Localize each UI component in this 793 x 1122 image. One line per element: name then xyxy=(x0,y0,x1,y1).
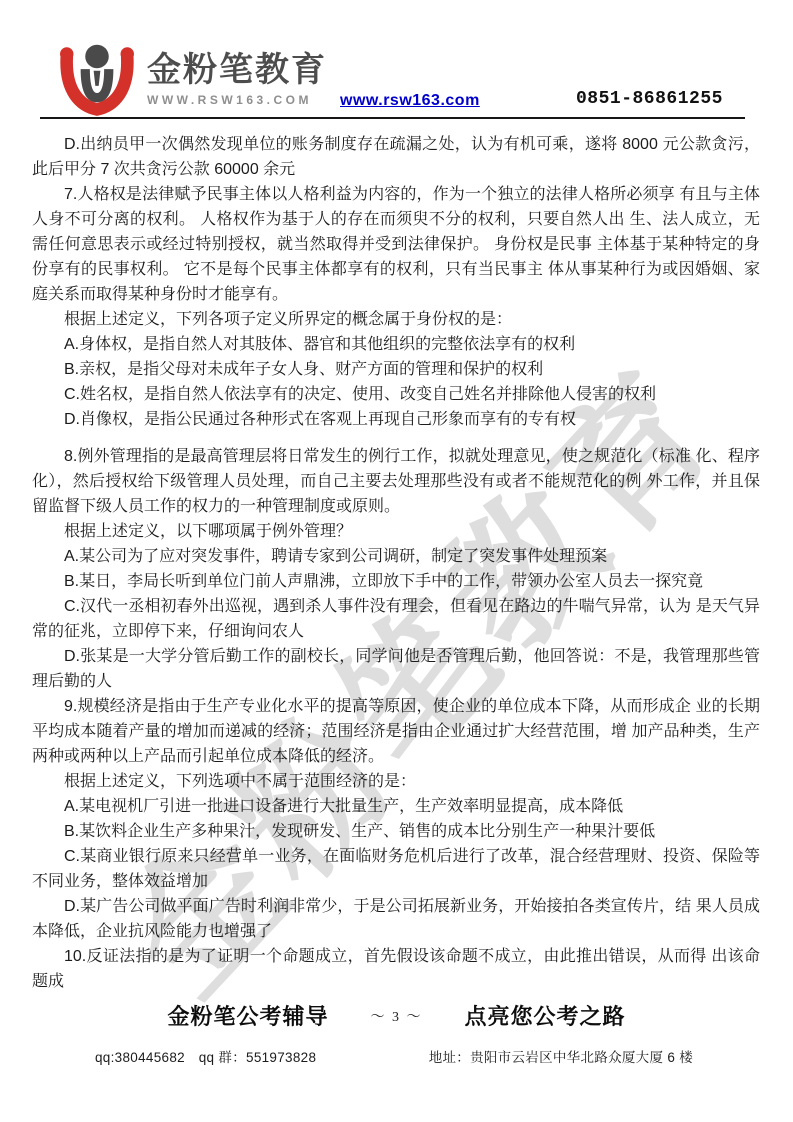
qq-contact: qq:380445682 qq 群：551973828 xyxy=(95,1046,316,1066)
footer-brand-right: 点亮您公考之路 xyxy=(465,1000,626,1031)
paragraph: D.张某是一大学分管后勤工作的副校长，同学问他是否管理后勤，他回答说：不是，我管… xyxy=(32,644,760,694)
paragraph: A.身体权，是指自然人对其肢体、器官和其他组织的完整依法享有的权利 xyxy=(32,332,760,357)
paragraph: D.肖像权，是指公民通过各种形式在客观上再现自己形象而享有的专有权 xyxy=(32,407,760,432)
phone-number: 0851-86861255 xyxy=(576,89,723,109)
paragraph: 根据上述定义，下列选项中不属于范围经济的是： xyxy=(32,769,760,794)
footer-brand-left: 金粉笔公考辅导 xyxy=(167,1000,328,1031)
header-divider xyxy=(40,117,745,119)
brand-logo: 金粉笔教育 WWW.RSW163.COM xyxy=(55,42,327,118)
paragraph: 9.规模经济是指由于生产专业化水平的提高等原因，使企业的单位成本下降，从而形成企… xyxy=(32,694,760,769)
paragraph: B.某饮料企业生产多种果汁，发现研发、生产、销售的成本比分别生产一种果汁要低 xyxy=(32,819,760,844)
footer-title: 金粉笔公考辅导 ～ 3 ～ 点亮您公考之路 xyxy=(0,1000,793,1031)
document-body: D.出纳员甲一次偶然发现单位的账务制度存在疏漏之处，认为有机可乘，遂将 8000… xyxy=(32,132,760,994)
paragraph: 根据上述定义，下列各项子定义所界定的概念属于身份权的是： xyxy=(32,307,760,332)
brand-logo-icon xyxy=(55,42,139,118)
address: 地址：贵阳市云岩区中华北路众厦大厦 6 楼 xyxy=(429,1046,693,1066)
paragraph: A.某电视机厂引进一批进口设备进行大批量生产，生产效率明显提高，成本降低 xyxy=(32,794,760,819)
document-page: 金粉笔教育 WWW.RSW163.COM www.rsw163.com 0851… xyxy=(0,0,793,1122)
brand-name: 金粉笔教育 xyxy=(147,50,327,91)
paragraph: D.某广告公司做平面广告时利润非常少，于是公司拓展新业务，开始接拍各类宣传片，结… xyxy=(32,894,760,944)
paragraph: D.出纳员甲一次偶然发现单位的账务制度存在疏漏之处，认为有机可乘，遂将 8000… xyxy=(32,132,760,182)
paragraph: 7.人格权是法律赋予民事主体以人格利益为内容的，作为一个独立的法律人格所必须享 … xyxy=(32,182,760,307)
paragraph: C.汉代一丞相初春外出巡视，遇到杀人事件没有理会，但看见在路边的牛喘气异常，认为… xyxy=(32,594,760,644)
brand-text-block: 金粉笔教育 WWW.RSW163.COM xyxy=(147,42,327,107)
page-number: ～ 3 ～ xyxy=(371,1006,423,1026)
paragraph: 根据上述定义，以下哪项属于例外管理？ xyxy=(32,519,760,544)
paragraph: 8.例外管理指的是最高管理层将日常发生的例行工作，拟就处理意见，使之规范化（标准… xyxy=(32,444,760,519)
website-link[interactable]: www.rsw163.com xyxy=(340,92,480,110)
paragraph: B.某日，李局长听到单位门前人声鼎沸，立即放下手中的工作，带领办公室人员去一探究… xyxy=(32,569,760,594)
paragraph: 10.反证法指的是为了证明一个命题成立，首先假设该命题不成立，由此推出错误，从而… xyxy=(32,944,760,994)
paragraph: B.亲权，是指父母对未成年子女人身、财产方面的管理和保护的权利 xyxy=(32,357,760,382)
paragraph: C.某商业银行原来只经营单一业务，在面临财务危机后进行了改革，混合经营理财、投资… xyxy=(32,844,760,894)
brand-url: WWW.RSW163.COM xyxy=(147,93,327,107)
paragraph: C.姓名权，是指自然人依法享有的决定、使用、改变自己姓名并排除他人侵害的权利 xyxy=(32,382,760,407)
paragraph: A.某公司为了应对突发事件，聘请专家到公司调研，制定了突发事件处理预案 xyxy=(32,544,760,569)
footer-contacts: qq:380445682 qq 群：551973828 地址：贵阳市云岩区中华北… xyxy=(95,1046,693,1066)
